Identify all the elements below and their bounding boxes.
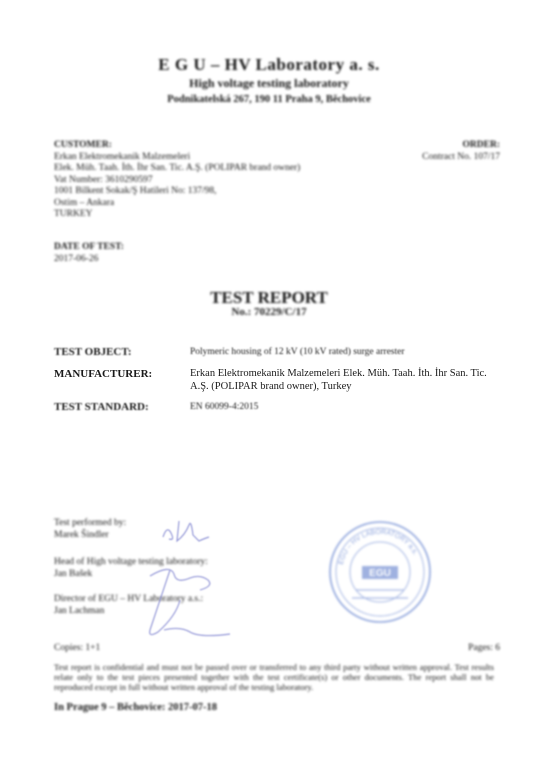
customer-block: CUSTOMER: Erkan Elektromekanik Malzemele… [54, 140, 300, 221]
test-report-page: E G U – HV Laboratory a. s. High voltage… [0, 0, 538, 772]
customer-line: Elek. Müh. Taah. İth. İhr San. Tic. A.Ş.… [54, 163, 300, 175]
signature-icon [130, 560, 250, 640]
date-of-test-label: DATE OF TEST: [54, 242, 124, 254]
report-title: TEST REPORT [0, 288, 538, 308]
customer-line: 1001 Bilkent Sokak/Ş Hatileri No: 137/98… [54, 186, 300, 198]
svg-text:EGU: EGU [369, 568, 391, 579]
place-and-date: In Prague 9 – Běchovice: 2017-07-18 [54, 702, 217, 713]
date-of-test-value: 2017-06-26 [54, 254, 124, 266]
pages-text: Pages: 6 [468, 643, 500, 653]
disclaimer-text: Test report is confidential and must not… [54, 662, 494, 693]
order-value: Contract No. 107/17 [422, 152, 500, 164]
customer-line: Vat Number: 3610290597 [54, 175, 300, 187]
report-number: No.: 70229/C/17 [0, 306, 538, 318]
signatory-role: Test performed by: [54, 518, 126, 530]
lab-address: Podnikatelská 267, 190 11 Praha 9, Běcho… [0, 94, 538, 105]
test-object-label: TEST OBJECT: [54, 346, 132, 358]
copies-text: Copies: 1+1 [54, 643, 100, 653]
lab-subtitle: High voltage testing laboratory [0, 76, 538, 91]
test-standard-label: TEST STANDARD: [54, 401, 149, 413]
order-label: ORDER: [422, 140, 500, 152]
svg-text:EGU – HV LABORATORY a.s.: EGU – HV LABORATORY a.s. [338, 529, 419, 566]
customer-label: CUSTOMER: [54, 140, 300, 152]
date-of-test-block: DATE OF TEST: 2017-06-26 [54, 242, 124, 265]
customer-line: Ostim – Ankara [54, 198, 300, 210]
order-block: ORDER: Contract No. 107/17 [422, 140, 500, 163]
manufacturer-label: MANUFACTURER: [54, 368, 152, 380]
lab-name-heading: E G U – HV Laboratory a. s. [0, 55, 538, 75]
test-object-value: Polymeric housing of 12 kV (10 kV rated)… [190, 346, 405, 359]
signatory-name: Marek Šindler [54, 530, 126, 542]
test-standard-value: EN 60099-4:2015 [190, 401, 258, 414]
signatory-performed-by: Test performed by: Marek Šindler [54, 518, 126, 541]
customer-line: TURKEY [54, 209, 300, 221]
manufacturer-value: Erkan Elektromekanik Malzemeleri Elek. M… [190, 368, 490, 393]
signature-icon [155, 515, 215, 545]
laboratory-stamp-icon: EGU – HV LABORATORY a.s. EGU [326, 518, 434, 626]
customer-line: Erkan Elektromekanik Malzemeleri [54, 152, 300, 164]
